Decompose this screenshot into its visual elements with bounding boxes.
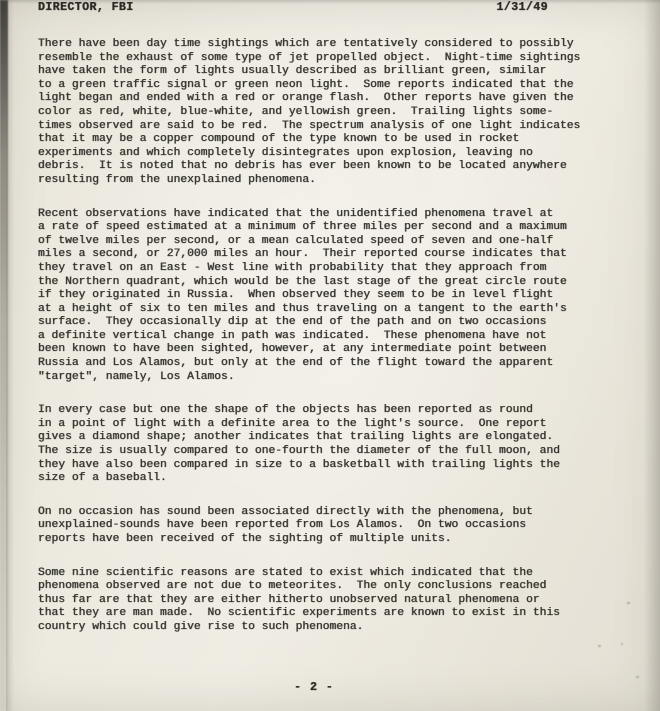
paragraph-shape-size: In every case but one the shape of the o… bbox=[38, 404, 580, 486]
header-date: 1/31/49 bbox=[496, 1, 548, 14]
paragraph-speed-course: Recent observations have indicated that … bbox=[38, 208, 580, 385]
page-number: - 2 - bbox=[38, 681, 590, 694]
scan-edge-shadow-right bbox=[644, 0, 660, 711]
header-recipient: DIRECTOR, FBI bbox=[38, 1, 134, 14]
scan-dust-speck bbox=[636, 676, 639, 678]
scan-dust-speck bbox=[598, 645, 601, 647]
paragraph-sound: On no occasion has sound been associated… bbox=[38, 506, 580, 547]
scan-dust-speck bbox=[627, 602, 630, 604]
scan-dust-speck bbox=[621, 643, 623, 645]
document-header: DIRECTOR, FBI 1/31/49 bbox=[38, 1, 548, 14]
scan-edge-shadow-left-soft bbox=[6, 0, 14, 711]
document-scan: DIRECTOR, FBI 1/31/49 There have been da… bbox=[0, 0, 660, 711]
document-body: There have been day time sightings which… bbox=[38, 38, 580, 655]
paragraph-conclusions: Some nine scientific reasons are stated … bbox=[38, 567, 580, 635]
paragraph-daytime-sightings: There have been day time sightings which… bbox=[38, 38, 580, 188]
